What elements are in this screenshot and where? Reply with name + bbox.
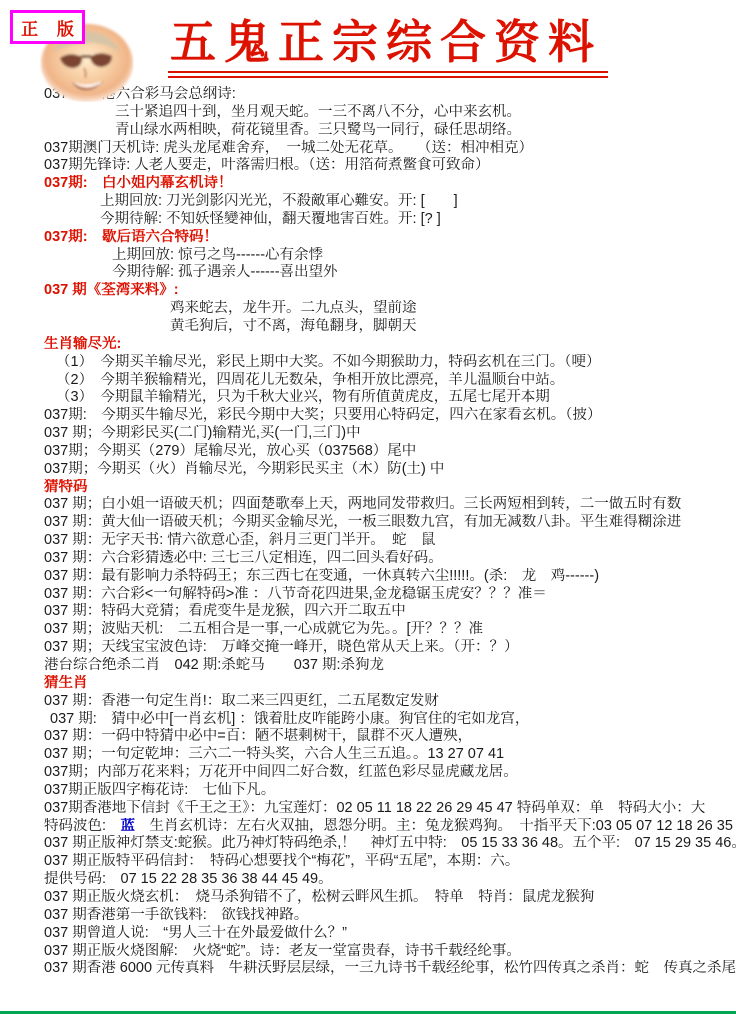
text-run: 037 期正版火烧图解: 火烧“蛇”。诗：老友一堂富贵春，诗书千载经纶事。	[44, 943, 521, 959]
authenticity-badge: 正 版	[10, 10, 85, 44]
text-line: 037 期正版特平码信封： 特码心想要找个“梅花”，平码“五尾”，本期：六。	[0, 853, 736, 871]
text-line: （3） 今期鼠羊输精光，只为千秋大业兴，物有所值黄虎皮，五尾七尾开本期	[0, 389, 736, 407]
text-run: （3） 今期鼠羊输精光，只为千秋大业兴，物有所值黄虎皮，五尾七尾开本期	[56, 389, 550, 405]
text-run: 037 期香港 6000 元传真料 牛耕沃野层层绿，一三九诗书千载经纶事，松竹四…	[44, 960, 736, 976]
text-line: 037 期：六合彩<一句解特码>准 ：八节奇花四进果,金龙稳锯玉虎安？？？准＝	[0, 586, 736, 604]
text-run: 037期正版四字梅花诗: 七仙下凡。	[44, 782, 275, 798]
text-line: 猜特码	[0, 479, 736, 497]
text-run: 037期: 歇后语六合特码！	[44, 229, 218, 245]
text-run: 今期待解: 孤子遇亲人------喜出望外	[112, 264, 338, 280]
text-line: 生肖输尽光:	[0, 336, 736, 354]
text-run: 037期；今期买（火）肖输尽光，今期彩民买主（木）防(土) 中	[44, 461, 444, 477]
text-line: 037期；今期买（火）肖输尽光，今期彩民买主（木）防(土) 中	[0, 461, 736, 479]
text-run: 港台综合绝杀二肖 042 期:杀蛇马 037 期:杀狗龙	[44, 657, 384, 673]
text-run: 037期香港地下信封《千王之王》：九宝莲灯：02 05 11 18 22 26 …	[44, 800, 705, 816]
text-run: 鸡来蛇去，龙牛开。二九点头，望前途	[170, 300, 417, 316]
text-line: 港台综合绝杀二肖 042 期:杀蛇马 037 期:杀狗龙	[0, 657, 736, 675]
text-run: 037期澳门天机诗: 虎头龙尾难舍弃， 一城二处无花草。 （送：相冲相克）	[44, 140, 533, 156]
text-line: 037 期：六合彩猜透必中: 三七三八定相连，四二回头看好码。	[0, 550, 736, 568]
text-run: 037 期；一句定乾坤：三六二一特头奖，六合人生三五追。。13 27 07 41	[44, 746, 504, 762]
text-run: 生肖输尽光:	[44, 336, 121, 352]
text-run: 青山绿水两相映，荷花镜里香。三只鹭鸟一同行，碌任思胡络。	[115, 122, 521, 138]
text-run: 生肖玄机诗：左右火双抽，恩怨分明。主：兔龙猴鸡狗。 十指平天下:03 05 07…	[135, 818, 736, 834]
text-line: 037期香港地下信封《千王之王》：九宝莲灯：02 05 11 18 22 26 …	[0, 800, 736, 818]
text-run: 上期回放: 刀光剑影闪光光，不殺敵軍心難安。开: [ ]	[100, 193, 458, 209]
text-line: 三十紧追四十到，坐月观天蛇。一三不离八不分，心中来玄机。	[0, 104, 736, 122]
text-run: 037 期：六合彩猜透必中: 三七三八定相连，四二回头看好码。	[44, 550, 443, 566]
text-line: 037期；今期买（279）尾输尽光，放心买（037568）尾中	[0, 443, 736, 461]
text-line: （2） 今期羊猴输精光，四周花儿无数朵，争相开放比漂亮，羊儿温顺台中站。	[0, 372, 736, 390]
text-line: 提供号码: 07 15 22 28 35 36 38 44 45 49。	[0, 871, 736, 889]
text-line: 037 期；天线宝宝波色诗: 万峰交掩一峰开，晓色常从天上来。（开：？）	[0, 639, 736, 657]
text-line: 037 期正版神灯禁支:蛇猴。此乃神灯特码绝杀,！ 神灯五中特: 05 15 3…	[0, 835, 736, 853]
text-run: 提供号码: 07 15 22 28 35 36 38 44 45 49。	[44, 871, 333, 887]
body-lines: 037 期香港六合彩马会总纲诗:三十紧追四十到，坐月观天蛇。一三不离八不分，心中…	[0, 86, 736, 978]
text-line: 特码波色: 蓝 生肖玄机诗：左右火双抽，恩怨分明。主：兔龙猴鸡狗。 十指平天下:…	[0, 818, 736, 836]
text-line: （1） 今期买羊输尽光，彩民上期中大奖。不如今期猴助力，特码玄机在三门。（哽）	[0, 354, 736, 372]
text-line: 037期先锋诗: 人老人要走，叶落需归根。（送：用箔荷煮鳖食可致命）	[0, 157, 736, 175]
text-run: 037期；今期买（279）尾输尽光，放心买（037568）尾中	[44, 443, 416, 459]
text-run: 037 期正版火烧玄机： 烧马杀狗错不了，松树云畔风生抓。 特单 特肖：鼠虎龙猴…	[44, 889, 594, 905]
text-run: 037 期正版神灯禁支:蛇猴。此乃神灯特码绝杀,！ 神灯五中特: 05 15 3…	[44, 835, 736, 851]
text-line: 037 期香港第一手欲钱料: 欲钱找神路。	[0, 907, 736, 925]
text-line: 037 期；一句定乾坤：三六二一特头奖，六合人生三五追。。13 27 07 41	[0, 746, 736, 764]
text-run: 今期待解: 不知妖怪變神仙，翻天覆地害百姓。开: [? ]	[100, 211, 441, 227]
page-root: 正 版 五鬼	[0, 0, 736, 1014]
text-line: 037 期正版火烧图解: 火烧“蛇”。诗：老友一堂富贵春，诗书千载经纶事。	[0, 943, 736, 961]
text-line: 037 期：最有影响力杀特码王；东三西七在变通，一休真转六尘!!!!!。(杀: …	[0, 568, 736, 586]
text-line: 037 期：一码中特猜中必中=百：陋不堪剩树干，鼠群不灭人遭殃，	[0, 728, 736, 746]
text-run: 037 期正版特平码信封： 特码心想要找个“梅花”，平码“五尾”，本期：六。	[44, 853, 519, 869]
text-run: 037 期；今期彩民买(二门)输精光,买(一门,三门)中	[44, 425, 361, 441]
text-line: 037期: 歇后语六合特码！	[0, 229, 736, 247]
text-line: 037 期；白小姐一语破天机；四面楚歌奉上天，两地同发带救归。三长两短相到转，二…	[0, 496, 736, 514]
text-run: 037期先锋诗: 人老人要走，叶落需归根。（送：用箔荷煮鳖食可致命）	[44, 157, 490, 173]
text-line: 上期回放: 惊弓之鸟------心有余悸	[0, 247, 736, 265]
text-line: 鸡来蛇去，龙牛开。二九点头，望前途	[0, 300, 736, 318]
text-run: 特码波色:	[44, 818, 121, 834]
text-run: 037 期：一码中特猜中必中=百：陋不堪剩树干，鼠群不灭人遭殃，	[44, 728, 472, 744]
text-run: 037 期：六合彩<一句解特码>准 ：八节奇花四进果,金龙稳锯玉虎安？？？准＝	[44, 586, 547, 602]
text-run: 037期；内部万花来料；万花开中间四二好合数，红蓝色彩尽显虎藏龙居。	[44, 764, 518, 780]
text-line: 037 期曾道人说: “男人三十在外最爱做什么？”	[0, 925, 736, 943]
text-run: 黄毛狗后，寸不离，海龟翻身，脚朝天	[170, 318, 417, 334]
text-line: 037 期：特码大竞猜；看虎变牛是龙猴，四六开二取五中	[0, 603, 736, 621]
text-line: 037 期；今期彩民买(二门)输精光,买(一门,三门)中	[0, 425, 736, 443]
text-run: 037 期: 猜中必中[一肖玄机] ：饿着肚皮咋能跨小康。狗官住的宅如龙宫，	[50, 711, 529, 727]
text-line: 037 期香港 6000 元传真料 牛耕沃野层层绿，一三九诗书千载经纶事，松竹四…	[0, 960, 736, 978]
page-title: 五鬼正宗综合资料	[168, 16, 608, 78]
text-run: 037 期；天线宝宝波色诗: 万峰交掩一峰开，晓色常从天上来。（开：？）	[44, 639, 519, 655]
text-line: 037 期；波贴天机: 二五相合是一事,一心成就它为先。。[开？？？准	[0, 621, 736, 639]
text-run: 猜特码	[44, 479, 88, 495]
text-line: 037 期: 猜中必中[一肖玄机] ：饿着肚皮咋能跨小康。狗官住的宅如龙宫，	[0, 711, 736, 729]
text-run: 037 期：香港一句定生肖!：取二来三四更红，二五尾数定发财	[44, 693, 439, 709]
text-run: 037 期：无字天书: 情六欲意心歪，斜月三更门半开。 蛇 鼠	[44, 532, 436, 548]
text-run: 037 期《荃湾来料》:	[44, 282, 179, 298]
text-line: 037期正版四字梅花诗: 七仙下凡。	[0, 782, 736, 800]
text-run: 037 期：特码大竞猜；看虎变牛是龙猴，四六开二取五中	[44, 603, 406, 619]
text-run: 蓝	[121, 818, 136, 834]
text-line: 037 期《荃湾来料》:	[0, 282, 736, 300]
text-run: 037期: 白小姐内幕玄机诗！	[44, 175, 233, 191]
text-line: 青山绿水两相映，荷花镜里香。三只鹭鸟一同行，碌任思胡络。	[0, 122, 736, 140]
text-run: 037期: 今期买牛输尽光，彩民今期中大奖；只要用心特码定，四六在家看玄机。（披…	[44, 407, 601, 423]
text-run: 037 期：黄大仙一语破天机；今期买金输尽光，一板三眼数九宫，有加无减数八卦。平…	[44, 514, 681, 530]
text-run: 037 期；波贴天机: 二五相合是一事,一心成就它为先。。[开？？？准	[44, 621, 483, 637]
text-line: 037期: 白小姐内幕玄机诗！	[0, 175, 736, 193]
text-line: 黄毛狗后，寸不离，海龟翻身，脚朝天	[0, 318, 736, 336]
text-line: 今期待解: 不知妖怪變神仙，翻天覆地害百姓。开: [? ]	[0, 211, 736, 229]
text-line: 037 期：无字天书: 情六欲意心歪，斜月三更门半开。 蛇 鼠	[0, 532, 736, 550]
text-run: 037 期香港第一手欲钱料: 欲钱找神路。	[44, 907, 308, 923]
text-line: 037期: 今期买牛输尽光，彩民今期中大奖；只要用心特码定，四六在家看玄机。（披…	[0, 407, 736, 425]
text-run: 037 期；白小姐一语破天机；四面楚歌奉上天，两地同发带救归。三长两短相到转，二…	[44, 496, 681, 512]
text-run: （2） 今期羊猴输精光，四周花儿无数朵，争相开放比漂亮，羊儿温顺台中站。	[56, 372, 564, 388]
text-run: 037 期：最有影响力杀特码王；东三西七在变通，一休真转六尘!!!!!。(杀: …	[44, 568, 599, 584]
text-run: （1） 今期买羊输尽光，彩民上期中大奖。不如今期猴助力，特码玄机在三门。（哽）	[56, 354, 601, 370]
text-run: 三十紧追四十到，坐月观天蛇。一三不离八不分，心中来玄机。	[115, 104, 521, 120]
text-run: 037 期曾道人说: “男人三十在外最爱做什么？”	[44, 925, 347, 941]
text-line: 猜生肖	[0, 675, 736, 693]
text-line: 037 期：香港一句定生肖!：取二来三四更红，二五尾数定发财	[0, 693, 736, 711]
text-line: 037 期：黄大仙一语破天机；今期买金输尽光，一板三眼数九宫，有加无减数八卦。平…	[0, 514, 736, 532]
text-line: 上期回放: 刀光剑影闪光光，不殺敵軍心難安。开: [ ]	[0, 193, 736, 211]
badge-label: 正 版	[21, 15, 81, 40]
text-line: 037 期正版火烧玄机： 烧马杀狗错不了，松树云畔风生抓。 特单 特肖：鼠虎龙猴…	[0, 889, 736, 907]
text-run: 猜生肖	[44, 675, 88, 691]
text-line: 037期澳门天机诗: 虎头龙尾难舍弃， 一城二处无花草。 （送：相冲相克）	[0, 140, 736, 158]
text-run: 上期回放: 惊弓之鸟------心有余悸	[112, 247, 323, 263]
text-line: 037期；内部万花来料；万花开中间四二好合数，红蓝色彩尽显虎藏龙居。	[0, 764, 736, 782]
text-line: 今期待解: 孤子遇亲人------喜出望外	[0, 264, 736, 282]
